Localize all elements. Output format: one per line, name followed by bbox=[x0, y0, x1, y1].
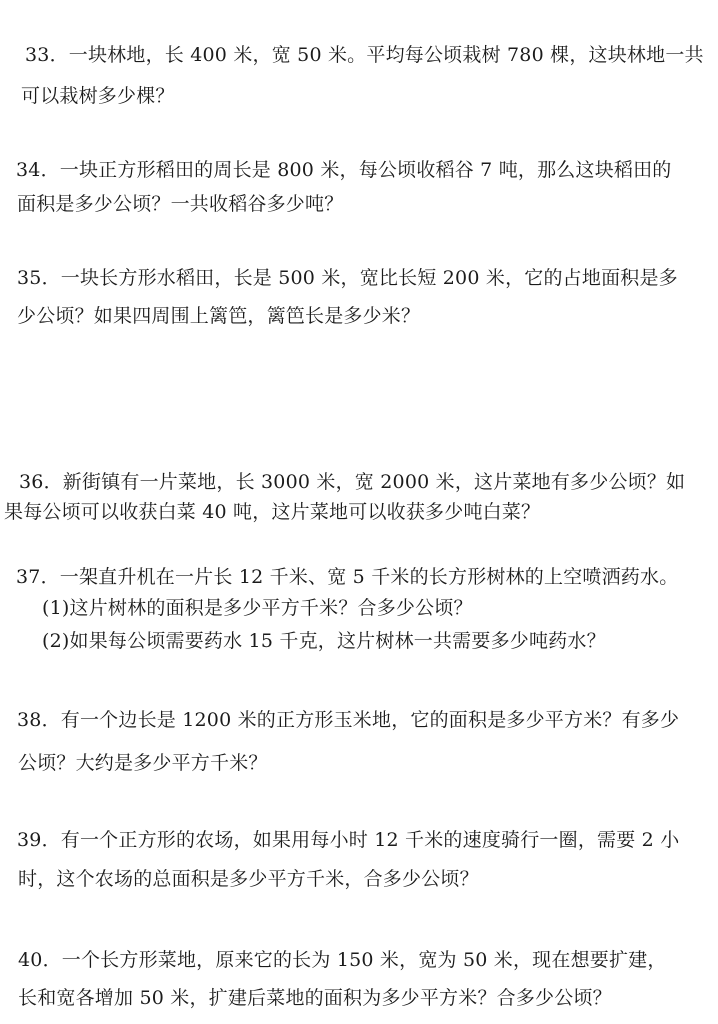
problem-36-line-1: 36．新街镇有一片菜地，长 3000 米，宽 2000 米，这片菜地有多少公顷？… bbox=[19, 472, 685, 493]
problem-35-line-1: 35．一块长方形水稻田，长是 500 米，宽比长短 200 米，它的占地面积是多 bbox=[17, 268, 678, 289]
problem-34-line-2: 面积是多少公顷？一共收稻谷多少吨？ bbox=[17, 194, 343, 215]
problem-37-line-1: 37．一架直升机在一片长 12 千米、宽 5 千米的长方形树林的上空喷洒药水。 bbox=[16, 567, 678, 588]
problem-35-line-2: 少公顷？如果四周围上篱笆，篱笆长是多少米？ bbox=[17, 306, 420, 327]
problem-34-line-1: 34．一块正方形稻田的周长是 800 米，每公顷收稻谷 7 吨，那么这块稻田的 bbox=[16, 160, 672, 181]
problem-37-sub-2: (2)如果每公顷需要药水 15 千克，这片树林一共需要多少吨药水？ bbox=[42, 631, 606, 652]
problem-40-line-2: 长和宽各增加 50 米，扩建后菜地的面积为多少平方米？合多少公顷？ bbox=[18, 988, 612, 1009]
problem-38-line-1: 38．有一个边长是 1200 米的正方形玉米地，它的面积是多少平方米？有多少 bbox=[17, 710, 679, 731]
problem-37-sub-1: (1)这片树林的面积是多少平方千米？合多少公顷？ bbox=[42, 598, 473, 619]
problem-33-line-1: 33．一块林地，长 400 米，宽 50 米。平均每公顷栽树 780 棵，这块林… bbox=[25, 45, 704, 66]
problem-40-line-1: 40．一个长方形菜地，原来它的长为 150 米，宽为 50 米，现在想要扩建， bbox=[18, 950, 667, 971]
problem-38-line-2: 公顷？大约是多少平方千米？ bbox=[18, 753, 268, 774]
worksheet-page: 33．一块林地，长 400 米，宽 50 米。平均每公顷栽树 780 棵，这块林… bbox=[0, 0, 718, 1024]
problem-39-line-1: 39．有一个正方形的农场，如果用每小时 12 千米的速度骑行一圈，需要 2 小 bbox=[17, 830, 679, 851]
problem-39-line-2: 时，这个农场的总面积是多少平方千米，合多少公顷？ bbox=[18, 869, 479, 890]
problem-36-line-2: 果每公顷可以收获白菜 40 吨，这片菜地可以收获多少吨白菜？ bbox=[4, 502, 540, 523]
problem-33-line-2: 可以栽树多少棵？ bbox=[21, 86, 175, 107]
